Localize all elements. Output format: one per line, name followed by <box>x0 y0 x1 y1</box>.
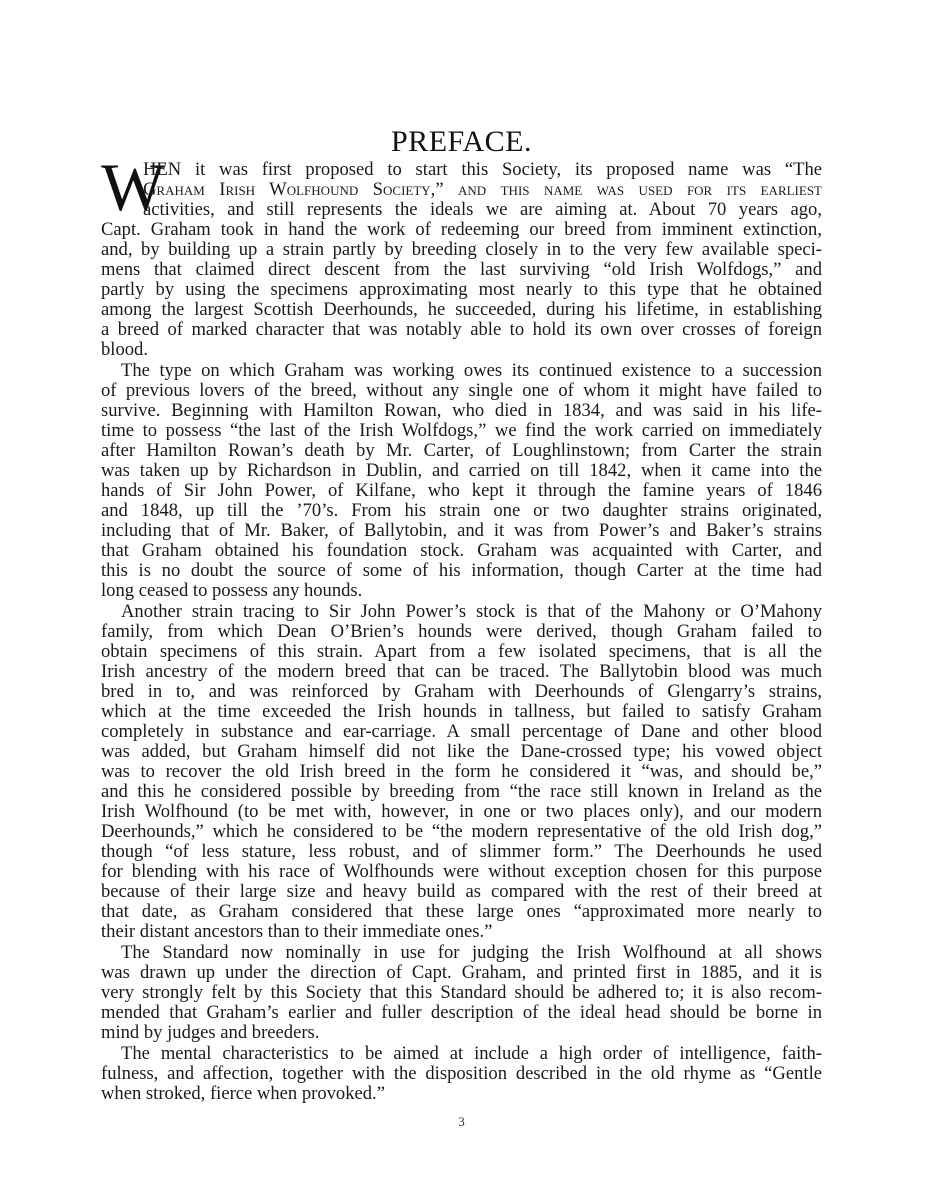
text-line: was to recover the old Irish breed in th… <box>101 762 822 782</box>
text-line: a breed of marked character that was not… <box>101 320 822 340</box>
page-number: 3 <box>101 1114 822 1130</box>
text-line: survive. Beginning with Hamilton Rowan, … <box>101 401 822 421</box>
text-line: for blending with his race of Wolfhounds… <box>101 862 822 882</box>
text-line: their distant ancestors than to their im… <box>101 922 822 942</box>
text-line: Irish Wolfhound (to be met with, however… <box>101 802 822 822</box>
text-line: blood. <box>101 340 822 360</box>
text-line: when stroked, fierce when provoked.” <box>101 1084 822 1104</box>
text-line: though “of less stature, less robust, an… <box>101 842 822 862</box>
text-line: obtain specimens of this strain. Apart f… <box>101 642 822 662</box>
text-line: Irish ancestry of the modern breed that … <box>101 662 822 682</box>
text-line: Capt. Graham took in hand the work of re… <box>101 220 822 240</box>
document-page: PREFACE. W HEN it was first proposed to … <box>101 0 822 1197</box>
text-line: mind by judges and breeders. <box>101 1023 822 1043</box>
text-line: that date, as Graham considered that the… <box>101 902 822 922</box>
text-line: HEN it was first proposed to start this … <box>143 160 822 180</box>
text-line: was taken up by Richardson in Dublin, an… <box>101 461 822 481</box>
text-line: activities, and still represents the ide… <box>143 200 822 220</box>
text-line: hands of Sir John Power, of Kilfane, who… <box>101 481 822 501</box>
text-line: including that of Mr. Baker, of Ballytob… <box>101 521 822 541</box>
text-line: The Standard now nominally in use for ju… <box>121 943 822 963</box>
text-line: among the largest Scottish Deerhounds, h… <box>101 300 822 320</box>
text-line: that Graham obtained his foundation stoc… <box>101 541 822 561</box>
text-line: Graham Irish Wolfhound Society,” and thi… <box>143 180 822 200</box>
text-line: after Hamilton Rowan’s death by Mr. Cart… <box>101 441 822 461</box>
text-line: this is no doubt the source of some of h… <box>101 561 822 581</box>
text-line: was added, but Graham himself did not li… <box>101 742 822 762</box>
text-line: Another strain tracing to Sir John Power… <box>121 602 822 622</box>
text-line: and 1848, up till the ’70’s. From his st… <box>101 501 822 521</box>
text-line: Deerhounds,” which he considered to be “… <box>101 822 822 842</box>
text-line: family, from which Dean O’Brien’s hounds… <box>101 622 822 642</box>
text-line: completely in substance and ear-carriage… <box>101 722 822 742</box>
text-line: time to possess “the last of the Irish W… <box>101 421 822 441</box>
page-title: PREFACE. <box>101 125 822 159</box>
text-line: long ceased to possess any hounds. <box>101 581 822 601</box>
text-line: and, by building up a strain partly by b… <box>101 240 822 260</box>
text-line: bred in to, and was reinforced by Graham… <box>101 682 822 702</box>
text-line: of previous lovers of the breed, without… <box>101 381 822 401</box>
text-line: because of their large size and heavy bu… <box>101 882 822 902</box>
text-line: and this he considered possible by breed… <box>101 782 822 802</box>
text-line: mens that claimed direct descent from th… <box>101 260 822 280</box>
text-line: The type on which Graham was working owe… <box>121 361 822 381</box>
text-line: partly by using the specimens approximat… <box>101 280 822 300</box>
text-line: fulness, and affection, together with th… <box>101 1064 822 1084</box>
text-line: very strongly felt by this Society that … <box>101 983 822 1003</box>
text-line: which at the time exceeded the Irish hou… <box>101 702 822 722</box>
text-line: mended that Graham’s earlier and fuller … <box>101 1003 822 1023</box>
text-line: was drawn up under the direction of Capt… <box>101 963 822 983</box>
text-line: The mental characteristics to be aimed a… <box>121 1044 822 1064</box>
